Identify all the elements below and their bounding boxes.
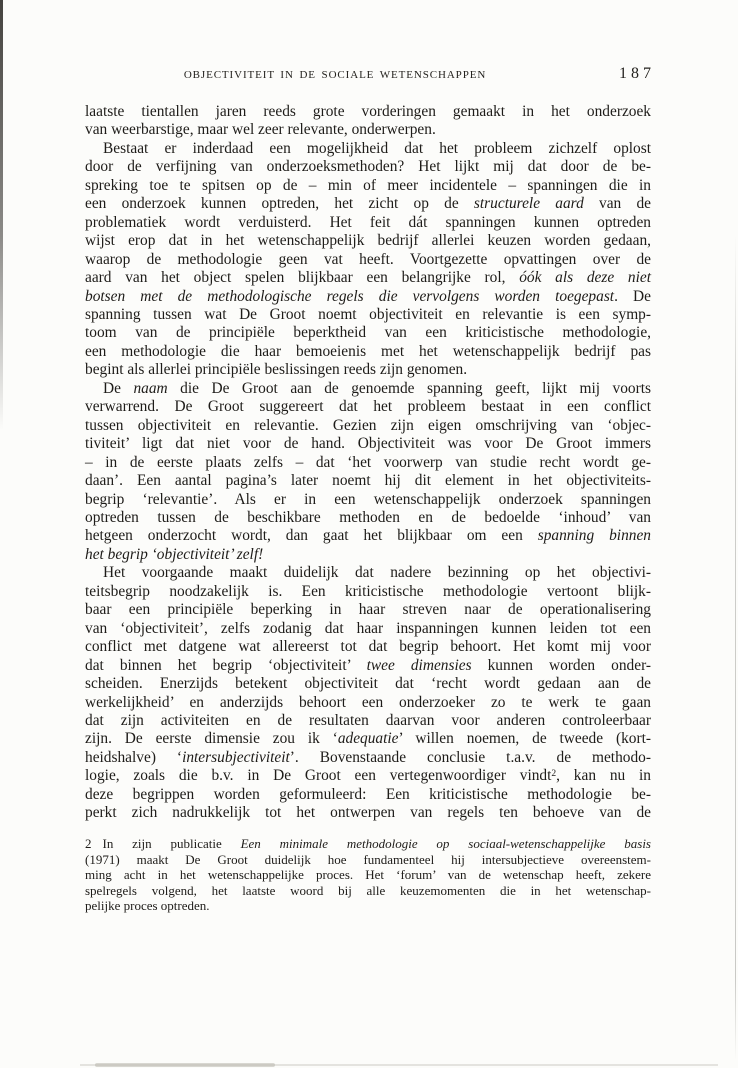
text-line: dat binnen het begrip ‘objectiviteit’ tw… bbox=[85, 657, 651, 675]
text-line: verwarrend. De Groot suggereert dat het … bbox=[85, 398, 651, 416]
text-line: hetgeen onderzocht wordt, dan gaat het b… bbox=[85, 527, 651, 545]
page-number: 187 bbox=[619, 65, 655, 83]
text-line: het begrip ‘objectiviteit’ zelf! bbox=[85, 546, 651, 564]
text-line: een methodologie die haar bemoeienis met… bbox=[85, 343, 651, 361]
scanned-book-page: OBJECTIVITEIT IN DE SOCIALE WETENSCHAPPE… bbox=[0, 0, 738, 1068]
text-line: aard van het object spelen blijkbaar een… bbox=[85, 269, 651, 287]
text-line: tiviteit’ ligt dat niet voor de hand. Ob… bbox=[85, 435, 651, 453]
text-line: begint als allerlei principiële beslissi… bbox=[85, 361, 651, 379]
text-line: zijn. De eerste dimensie zou ik ‘adequat… bbox=[85, 730, 651, 748]
text-line: spanning tussen wat De Groot noemt objec… bbox=[85, 306, 651, 324]
text-line: logie, zoals die b.v. in De Groot een ve… bbox=[85, 767, 651, 785]
text-line: van ‘objectiviteit’, zelfs zodanig dat h… bbox=[85, 620, 651, 638]
text-line: – in de eerste plaats zelfs – dat ‘het v… bbox=[85, 454, 651, 472]
text-line: optreden tussen de beschikbare methoden … bbox=[85, 509, 651, 527]
text-line: deze begrippen worden geformuleerd: Een … bbox=[85, 786, 651, 804]
text-line: werkelijkheid’ en anderzijds behoort een… bbox=[85, 694, 651, 712]
text-line: teitsbegrip noodzakelijk is. Een kritici… bbox=[85, 583, 651, 601]
text-line: scheiden. Enerzijds betekent objectivite… bbox=[85, 675, 651, 693]
scan-edge-right bbox=[735, 235, 736, 1060]
text-line: botsen met de methodologische regels die… bbox=[85, 288, 651, 306]
text-line: conflict met datgene wat allereerst tot … bbox=[85, 638, 651, 656]
text-line: spreking toe te spitsen op de – min of m… bbox=[85, 177, 651, 195]
text-line: (1971) maakt De Groot duidelijk hoe fund… bbox=[85, 852, 651, 868]
text-line: toom van de principiële beperktheid van … bbox=[85, 324, 651, 342]
text-line: door de verfijning van onderzoeksmethode… bbox=[85, 158, 651, 176]
text-line: perkt zich nadrukkelijk tot het ontwerpe… bbox=[85, 804, 651, 822]
text-line: begrip ‘relevantie’. Als er in een weten… bbox=[85, 491, 651, 509]
text-line: daan’. Een aantal pagina’s later noemt h… bbox=[85, 472, 651, 490]
text-line: baar een principiële beperking in haar s… bbox=[85, 601, 651, 619]
text-line: dat zijn activiteiten en de resultaten d… bbox=[85, 712, 651, 730]
scan-edge-bottom-left-shadow bbox=[95, 1063, 275, 1067]
text-line: spelregels volgend, het laatste woord bi… bbox=[85, 883, 651, 899]
running-title: OBJECTIVITEIT IN DE SOCIALE WETENSCHAPPE… bbox=[52, 69, 618, 81]
text-line: De naam die De Groot aan de genoemde spa… bbox=[85, 380, 651, 398]
text-line: heidshalve) ‘intersubjectiviteit’. Boven… bbox=[85, 749, 651, 767]
body-text: laatste tientallen jaren reeds grote vor… bbox=[85, 103, 651, 823]
text-line: Het voorgaande maakt duidelijk dat nader… bbox=[85, 564, 651, 582]
text-line: een onderzoek kunnen optreden, het zicht… bbox=[85, 195, 651, 213]
scan-edge-left bbox=[0, 0, 3, 430]
text-line: waarop de methodologie geen vat heeft. V… bbox=[85, 251, 651, 269]
running-head: OBJECTIVITEIT IN DE SOCIALE WETENSCHAPPE… bbox=[85, 69, 651, 89]
text-line: problematiek wordt verduisterd. Het feit… bbox=[85, 214, 651, 232]
text-line: 2In zijn publicatie Een minimale methodo… bbox=[85, 836, 651, 852]
text-line: tussen objectiviteit en relevantie. Gezi… bbox=[85, 417, 651, 435]
footnote-marker: 2 bbox=[85, 836, 92, 851]
footnote: 2In zijn publicatie Een minimale methodo… bbox=[85, 836, 651, 914]
text-line: wijst erop dat in het wetenschappelijk b… bbox=[85, 232, 651, 250]
text-line: laatste tientallen jaren reeds grote vor… bbox=[85, 103, 651, 121]
text-line: Bestaat er inderdaad een mogelijkheid da… bbox=[85, 140, 651, 158]
text-line: ming acht in het wetenschappelijke proce… bbox=[85, 867, 651, 883]
text-line: pelijke proces optreden. bbox=[85, 898, 651, 914]
text-line: van weerbarstige, maar wel zeer relevant… bbox=[85, 121, 651, 139]
